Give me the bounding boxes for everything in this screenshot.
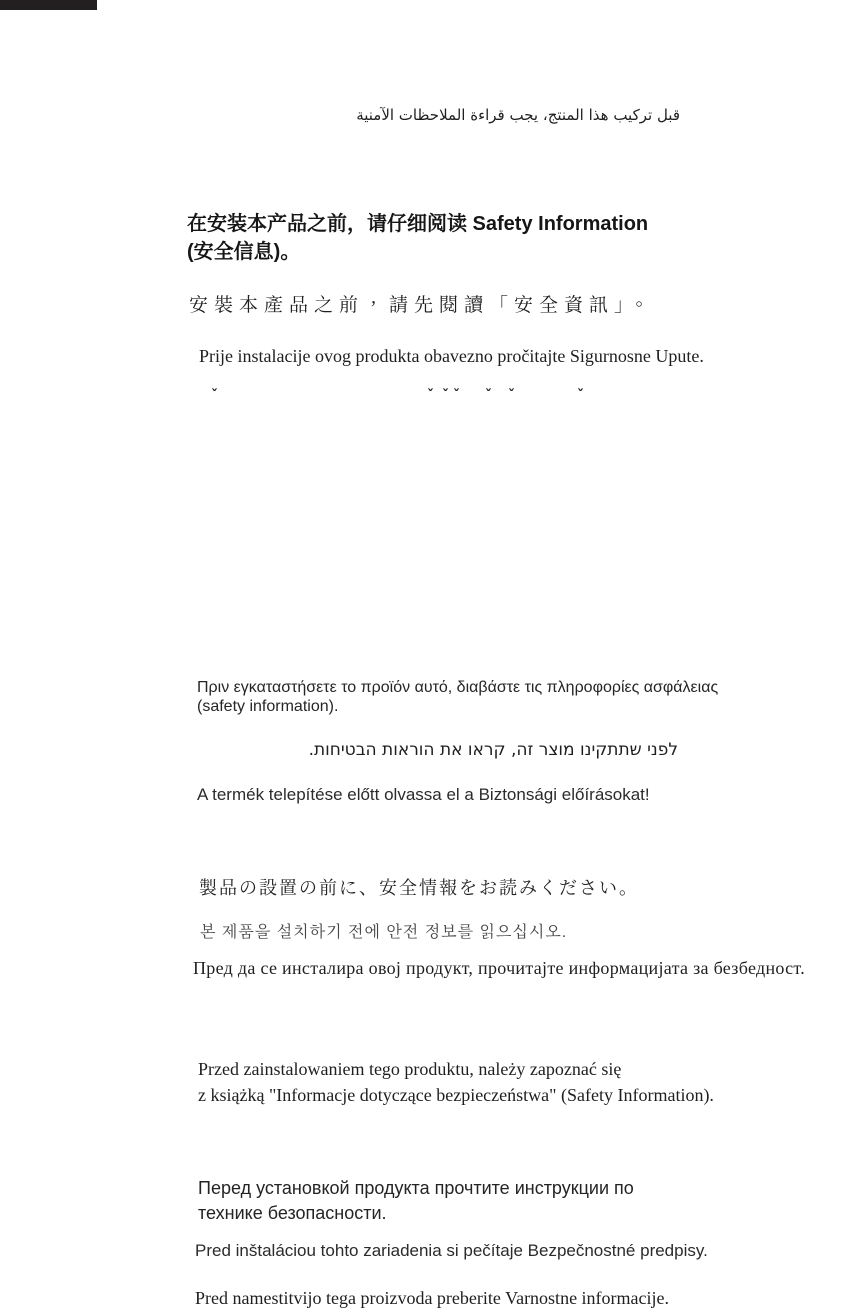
safety-notice-greek: Πριν εγκαταστήσετε το προϊόν αυτό, διαβά… [197, 678, 718, 716]
safety-notice-slovak: Pred inštaláciou tohto zariadenia si peč… [195, 1241, 708, 1261]
caron-mark: ˇ [427, 388, 434, 404]
safety-notice-hungarian: A termék telepítése előtt olvassa el a B… [197, 785, 650, 805]
safety-notice-polish-line1: Przed zainstalowaniem tego produktu, nal… [198, 1056, 714, 1082]
safety-notice-japanese: 製品の設置の前に、安全情報をお読みください。 [199, 874, 639, 900]
page-edge-black-bar [0, 0, 97, 10]
caron-mark: ˇ [577, 388, 584, 404]
safety-notice-hebrew: לפני שתתקינו מוצר זה, קראו את הוראות הבט… [309, 740, 678, 760]
safety-notice-slovenian: Pred namestitvijo tega proizvoda preberi… [195, 1288, 669, 1309]
safety-notice-russian: Перед установкой продукта прочтите инстр… [198, 1176, 634, 1226]
safety-notice-greek-line2: (safety information). [197, 697, 718, 716]
caron-mark: ˇ [485, 388, 492, 404]
document-page: قبل تركيب هذا المنتج، يجب قراءة الملاحظا… [0, 0, 844, 1313]
safety-notice-macedonian: Пред да се инсталира овој продукт, прочи… [193, 958, 805, 979]
safety-notice-polish: Przed zainstalowaniem tego produktu, nal… [198, 1056, 714, 1108]
safety-notice-greek-line1: Πριν εγκαταστήσετε το προϊόν αυτό, διαβά… [197, 678, 718, 697]
safety-notice-croatian: Prije instalacije ovog produkta obavezno… [199, 346, 704, 367]
caron-mark: ˇ [442, 388, 449, 404]
safety-notice-arabic: قبل تركيب هذا المنتج، يجب قراءة الملاحظا… [356, 106, 680, 124]
caron-mark: ˇ [508, 388, 515, 404]
safety-notice-czech-caron-fragments: ˇ ˇ ˇ ˇ ˇ ˇ ˇ [0, 388, 844, 402]
caron-mark: ˇ [453, 388, 460, 404]
safety-notice-chinese-simplified-line2: (安全信息)。 [187, 238, 648, 266]
safety-notice-chinese-simplified-line1: 在安装本产品之前，请仔细阅读 Safety Information [187, 210, 648, 238]
caron-mark: ˇ [211, 388, 218, 404]
safety-notice-chinese-simplified: 在安装本产品之前，请仔细阅读 Safety Information (安全信息)… [187, 210, 648, 266]
safety-notice-russian-line1: Перед установкой продукта прочтите инстр… [198, 1176, 634, 1201]
safety-notice-russian-line2: технике безопасности. [198, 1201, 634, 1226]
safety-notice-chinese-traditional: 安裝本產品之前，請先閱讀「安全資訊」。 [189, 290, 655, 317]
safety-notice-korean: 본 제품을 설치하기 전에 안전 정보를 읽으십시오. [200, 919, 567, 942]
safety-notice-polish-line2: z książką "Informacje dotyczące bezpiecz… [198, 1082, 714, 1108]
